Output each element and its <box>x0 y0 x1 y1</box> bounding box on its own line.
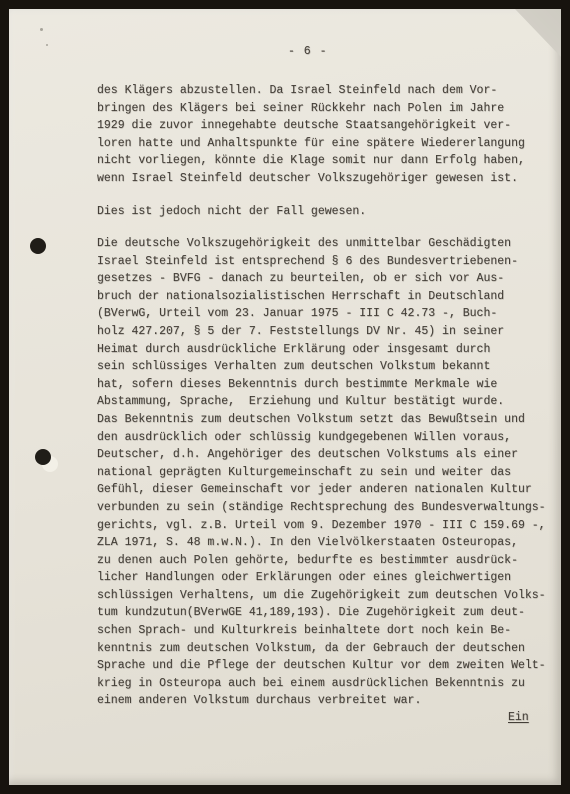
scan-background: - 6 - des Klägers abzustellen. Da Israel… <box>0 0 570 794</box>
document-page: - 6 - des Klägers abzustellen. Da Israel… <box>9 9 561 785</box>
paragraph-conclusion: Dies ist jedoch nicht der Fall gewesen. <box>97 203 366 221</box>
paper-speck <box>46 44 48 46</box>
paragraph-claim-background: des Klägers abzustellen. Da Israel Stein… <box>97 82 525 188</box>
paper-speck <box>40 28 43 31</box>
hole-punch-bottom <box>35 449 51 465</box>
folded-corner <box>515 9 561 57</box>
paragraph-volkszugehoerigkeit: Die deutsche Volkszugehörigkeit des unmi… <box>97 235 546 710</box>
catchword: Ein <box>508 709 529 727</box>
page-number: - 6 - <box>288 43 328 61</box>
hole-punch-top <box>30 238 46 254</box>
